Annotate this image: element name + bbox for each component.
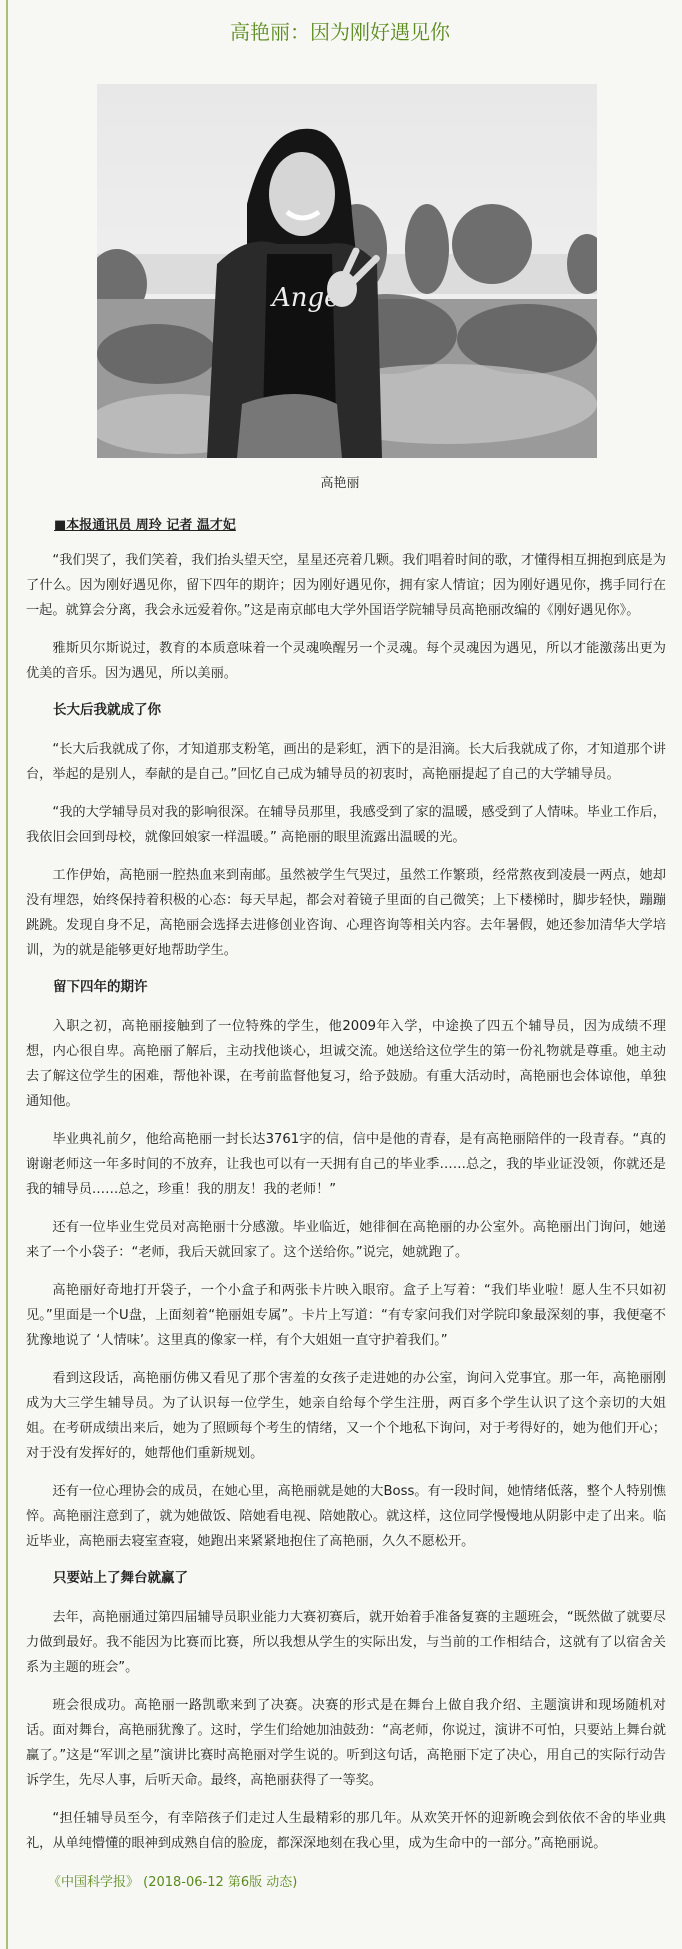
photo-caption: 高艳丽	[20, 474, 660, 494]
paragraph: 还有一位心理协会的成员，在她心里，高艳丽就是她的大Boss。有一段时间，她情绪低…	[26, 1479, 666, 1554]
paragraph: 高艳丽好奇地打开袋子，一个小盒子和两张卡片映入眼帘。盒子上写着：“我们毕业啦！愿…	[26, 1278, 666, 1353]
paragraph: 看到这段话，高艳丽仿佛又看见了那个害羞的女孩子走进她的办公室，询问入党事宜。那一…	[26, 1366, 666, 1466]
paragraph: “我的大学辅导员对我的影响很深。在辅导员那里，我感受到了家的温暖，感受到了人情味…	[26, 800, 666, 850]
article-title: 高艳丽：因为刚好遇见你	[20, 0, 660, 58]
article-body: “我们哭了，我们笑着，我们抬头望天空，星星还亮着几颗。我们唱着时间的歌，才懂得相…	[26, 548, 666, 1894]
paragraph: “长大后我就成了你，才知道那支粉笔，画出的是彩虹，洒下的是泪滴。长大后我就成了你…	[26, 737, 666, 787]
article: 高艳丽：因为刚好遇见你	[20, 0, 660, 58]
paragraph: 去年，高艳丽通过第四届辅导员职业能力大赛初赛后，就开始着手准备复赛的主题班会，“…	[26, 1605, 666, 1680]
paragraph: “担任辅导员至今，有幸陪孩子们走过人生最精彩的那几年。从欢笑开怀的迎新晚会到依依…	[26, 1806, 666, 1856]
section-heading: 长大后我就成了你	[26, 699, 666, 721]
section-heading: 只要站上了舞台就赢了	[26, 1567, 666, 1589]
paragraph: 入职之初，高艳丽接触到了一位特殊的学生，他2009年入学，中途换了四五个辅导员，…	[26, 1014, 666, 1114]
section-heading: 留下四年的期许	[26, 976, 666, 998]
paragraph: 工作伊始，高艳丽一腔热血来到南邮。虽然被学生气哭过，虽然工作繁琐，经常熬夜到凌晨…	[26, 863, 666, 963]
portrait-photo-placeholder: Angel	[97, 84, 597, 458]
article-photo: Angel	[97, 84, 597, 458]
paragraph: “我们哭了，我们笑着，我们抬头望天空，星星还亮着几颗。我们唱着时间的歌，才懂得相…	[26, 548, 666, 623]
paragraph: 毕业典礼前夕，他给高艳丽一封长达3761字的信，信中是他的青春，是有高艳丽陪伴的…	[26, 1127, 666, 1202]
left-border-rule	[6, 0, 8, 1949]
paragraph: 雅斯贝尔斯说过，教育的本质意味着一个灵魂唤醒另一个灵魂。每个灵魂因为遇见，所以才…	[26, 636, 666, 686]
paragraph: 还有一位毕业生党员对高艳丽十分感激。毕业临近，她徘徊在高艳丽的办公室外。高艳丽出…	[26, 1215, 666, 1265]
paragraph: 班会很成功。高艳丽一路凯歌来到了决赛。决赛的形式是在舞台上做自我介绍、主题演讲和…	[26, 1693, 666, 1793]
source-citation: 《中国科学报》 (2018-06-12 第6版 动态)	[26, 1872, 666, 1894]
byline: ■本报通讯员 周玲 记者 温才妃	[54, 516, 236, 536]
